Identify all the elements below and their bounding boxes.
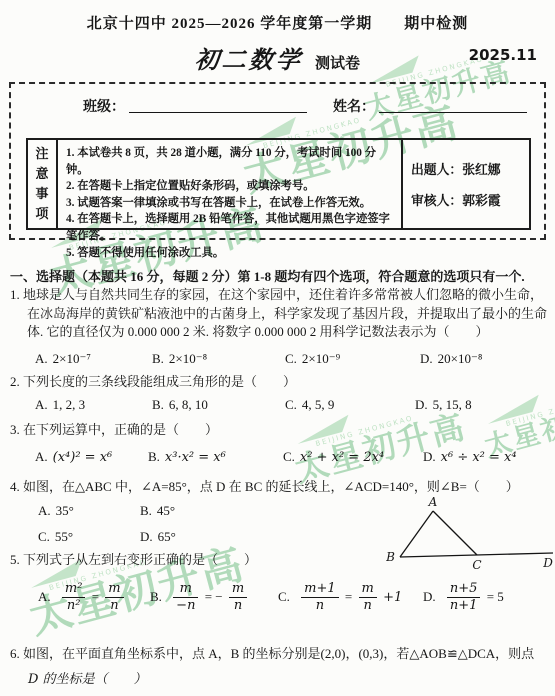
equals-sign: = [205,589,212,605]
fraction-numerator: m [105,582,123,597]
option-label: D. [415,397,428,412]
option-label: B. [152,351,164,366]
fraction-denominator: n² [62,597,86,613]
q1-option-c: C.2×10⁻⁹ [285,351,340,367]
q4-option-b: B.45° [140,503,175,519]
q1-option-b: B.2×10⁻⁸ [152,351,207,367]
option-label: C. [285,397,297,412]
fraction: mn [229,582,247,612]
q2-option-d: D.5, 15, 8 [415,397,472,413]
option-label: A. [35,397,48,412]
question-2: 2. 下列长度的三条线段能组成三角形的是（ ） [10,373,296,392]
q4-option-c: C.55° [38,529,73,545]
setter-name: 出题人：张红娜 [411,159,521,178]
option-value: 2×10⁻⁹ [302,351,340,366]
option-value: 6, 8, 10 [169,397,208,412]
option-label: A. [35,351,48,366]
name-label: 姓名： [333,96,375,116]
option-value: 35° [56,503,74,518]
option-label: A. [38,589,51,605]
notice-table: 注意事项 1. 本试卷共 8 页，共 28 道小题，满分 110 分，考试时间 … [26,138,531,230]
fraction-denominator: n+1 [447,597,481,613]
option-label: D. [140,529,153,544]
option-value: 1, 2, 3 [53,397,86,412]
option-value: x³·x² = x⁶ [165,450,226,465]
fraction: m²n² [62,582,86,612]
q2-option-c: C.4, 5, 9 [285,397,334,413]
q5-option-d: D. n+5n+1 = 5 [423,582,504,626]
notice-item: 5. 答题不得使用任何涂改工具。 [66,245,393,262]
section-heading: 一、选择题（本题共 16 分，每题 2 分）第 1-8 题均有四个选项，符合题意… [10,266,550,285]
option-value: 45° [157,503,175,518]
option-label: B. [152,397,164,412]
option-label: C. [285,351,297,366]
option-label: A. [38,503,51,518]
fraction: mn [359,582,377,612]
question-6-line2: D 的坐标是（ ） [28,671,147,690]
option-label: C. [283,449,295,464]
minus-sign: − [215,589,222,605]
fraction-numerator: m [359,582,377,597]
fraction-denominator: n [359,597,377,613]
candidate-info-box: 班级： 姓名： 注意事项 1. 本试卷共 8 页，共 28 道小题，满分 110… [9,82,546,240]
option-value: 2×10⁻⁷ [53,351,91,366]
fraction: m+1n [301,582,339,612]
q3-option-d: D.x⁶ ÷ x² = x⁴ [423,449,517,465]
notice-item: 4. 在答题卡上，选择题用 2B 铅笔作答，其他试题用黑色字迹签字笔作答。 [66,211,393,244]
side-ab [400,511,433,557]
subject-title: 初二数学 [194,40,304,75]
option-value: 20×10⁻⁸ [438,351,483,366]
notice-item: 1. 本试卷共 8 页，共 28 道小题，满分 110 分，考试时间 100 分… [66,145,393,178]
notice-item: 2. 在答题卡上指定位置贴好条形码，或填涂考号。 [66,178,393,195]
notice-title: 注意事项 [35,144,49,224]
reviewer-name: 审核人：郭彩霞 [411,190,521,209]
fraction-numerator: m [173,582,198,597]
option-label: D. [423,449,436,464]
fraction-numerator: n+5 [447,582,481,597]
fraction-denominator: n [105,597,123,613]
option-label: B. [150,589,162,605]
q5-option-a: A. m²n² = mn [38,582,127,626]
watermark-subtext: BEIJING ZHONGKAO [505,390,555,429]
option-value: 55° [55,529,73,544]
trailing-term: +1 [383,590,402,605]
option-label: D. [420,351,433,366]
q2-option-a: A.1, 2, 3 [35,397,85,413]
question-3: 3. 在下列运算中，正确的是（ ） [10,421,218,440]
q4-option-d: D.65° [140,529,176,545]
class-blank-line [129,98,307,113]
q1-option-d: D.20×10⁻⁸ [420,351,482,367]
option-value: 5, 15, 8 [433,397,472,412]
option-value: 65° [158,529,176,544]
fraction-numerator: m [229,582,247,597]
q1-option-a: A.2×10⁻⁷ [35,351,91,367]
trailing-term: 5 [497,589,504,605]
q3-option-b: B.x³·x² = x⁶ [148,449,226,465]
option-label: C. [38,529,50,544]
q3-option-c: C.x² + x² = 2x⁴ [283,449,384,465]
paper-type-label: 测试卷 [315,56,360,72]
question-6-line1: 6. 如图，在平面直角坐标系中，点 A，B 的坐标分别是(2,0)，(0,3)，… [10,645,534,664]
q5-option-c: C. m+1n = mn +1 [278,582,402,626]
notice-list: 1. 本试卷共 8 页，共 28 道小题，满分 110 分，考试时间 100 分… [58,140,401,228]
option-value: 4, 5, 9 [302,397,335,412]
q3-option-a: A.(x⁴)² = x⁶ [35,449,112,465]
exam-date: 2025.11 [469,46,537,64]
name-blank-line [379,98,527,113]
vertex-label-d: D [542,556,553,570]
fraction-denominator: −n [173,597,198,613]
notice-title-cell: 注意事项 [28,140,58,228]
option-label: D. [423,589,436,605]
q4-option-a: A.35° [38,503,74,519]
fraction-denominator: n [301,597,339,613]
question-1: 1. 地球是人与自然共同生存的家园，在这个家园中，还住着许多常常被人们忽略的微小… [10,286,548,342]
equals-sign: = [92,589,99,605]
exam-paper-page: BEIJING ZHONGKAO 太星初升高 BEIJING ZHONGKAO … [0,0,555,696]
option-label: C. [278,589,290,605]
option-value: x⁶ ÷ x² = x⁴ [441,450,517,465]
fraction-denominator: n [229,597,247,613]
fraction: mn [105,582,123,612]
exam-session-title: 北京十四中 2025—2026 学年度第一学期 期中检测 [0,12,555,33]
notice-item: 3. 试题答案一律填涂或书写在答题卡上，在试卷上作答无效。 [66,195,393,212]
option-label: B. [140,503,152,518]
q4-triangle-figure: A B C D [386,494,555,572]
fraction: n+5n+1 [447,582,481,612]
option-value: (x⁴)² = x⁶ [53,450,113,465]
q5-option-b: B. m−n = − mn [150,582,250,626]
side-ac [433,511,477,555]
option-value: x² + x² = 2x⁴ [300,450,384,465]
fraction-numerator: m² [62,582,86,597]
fraction: m−n [173,582,198,612]
equals-sign: = [345,589,352,605]
fraction-numerator: m+1 [301,582,339,597]
option-label: B. [148,449,160,464]
watermark-swoosh-icon [298,415,349,444]
option-label: A. [35,449,48,464]
q2-option-b: B.6, 8, 10 [152,397,208,413]
equals-sign: = [487,589,494,605]
vertex-label-b: B [386,550,395,564]
watermark-swoosh-icon [488,395,539,424]
paper-staff-cell: 出题人：张红娜 审核人：郭彩霞 [401,140,529,228]
class-label: 班级： [83,96,125,116]
question-5: 5. 下列式子从左到右变形正确的是（ ） [10,551,257,570]
vertex-label-a: A [428,495,438,509]
vertex-label-c: C [472,558,481,572]
option-value: 2×10⁻⁸ [169,351,207,366]
